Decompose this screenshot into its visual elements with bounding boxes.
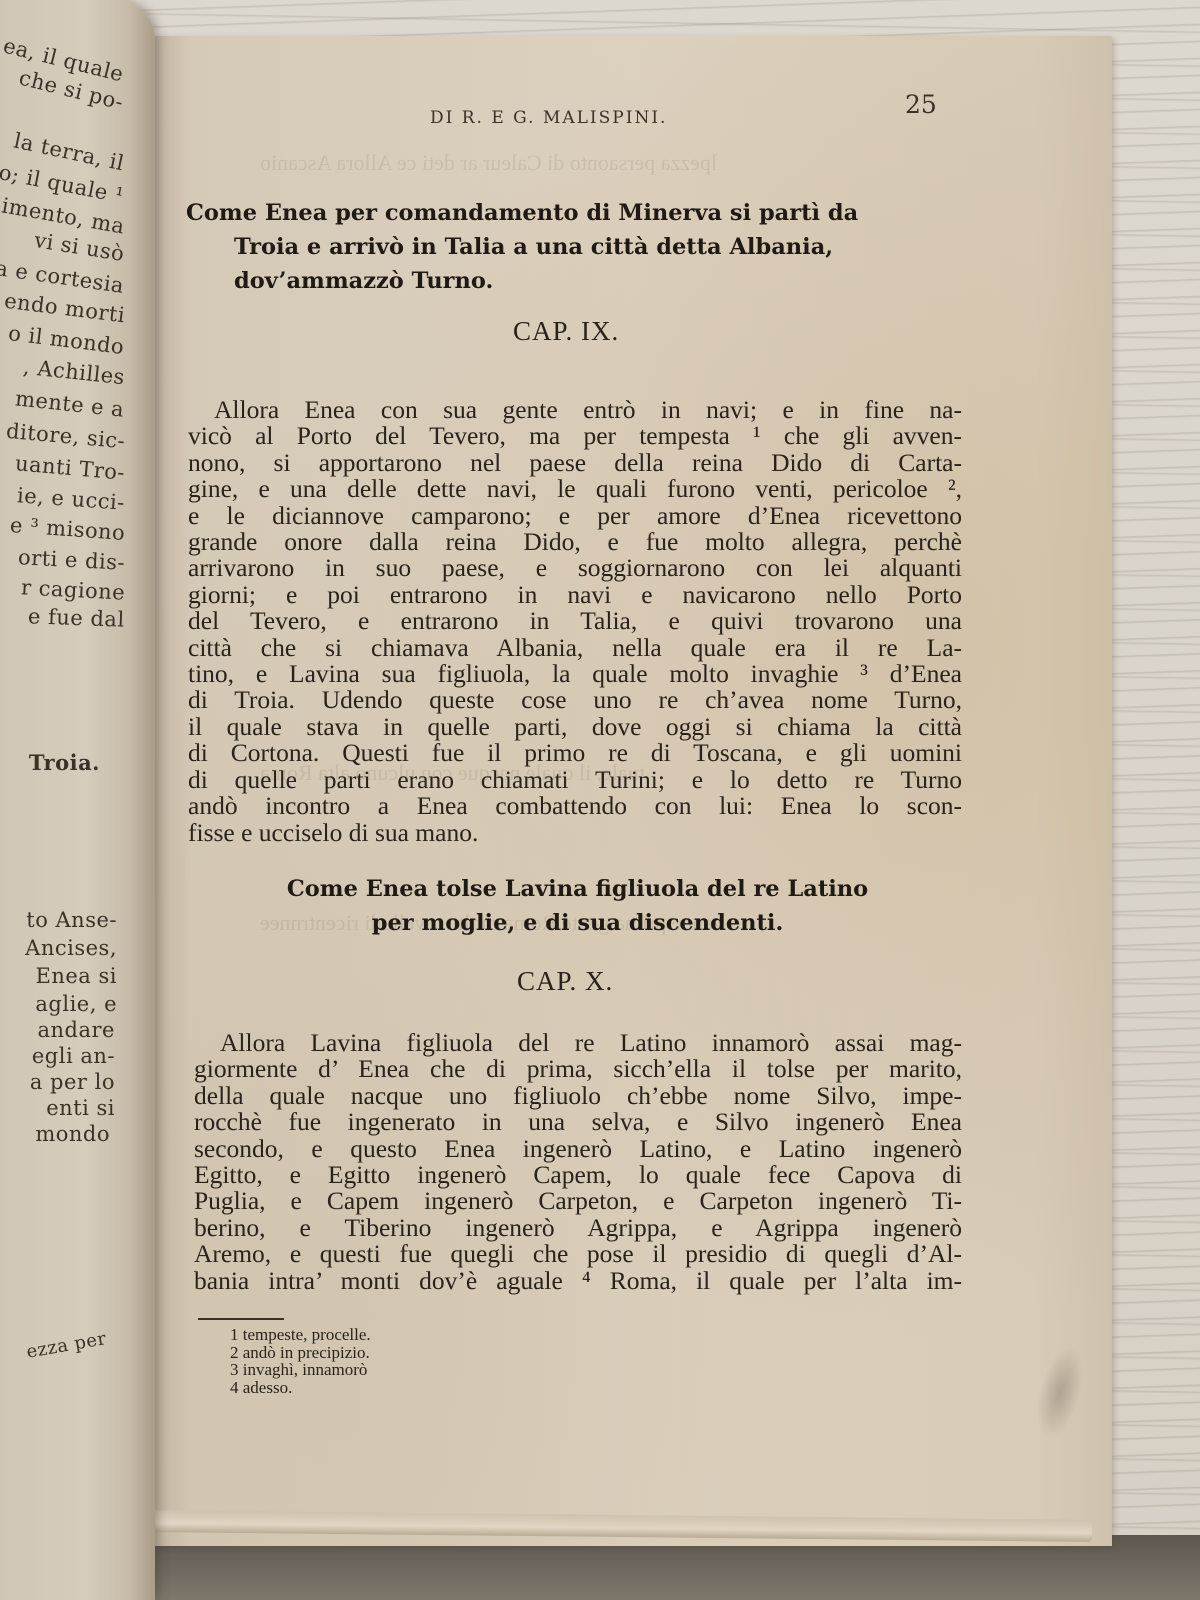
- text-line: della quale nacque uno figliuolo ch’ebbe…: [194, 1083, 962, 1109]
- text-line: gine, e una delle dette navi, le quali f…: [188, 476, 962, 502]
- text-fragment: andare: [38, 1018, 115, 1042]
- text-line: vicò al Porto del Tevero, ma per tempest…: [188, 423, 962, 449]
- text-fragment: aglie, e: [35, 992, 117, 1016]
- chapter-ix-heading: Come Enea per comandamento di Minerva si…: [186, 196, 858, 298]
- text-fragment: ie, e ucci-: [16, 483, 125, 514]
- text-line: di Troia. Udendo queste cose uno re ch’a…: [188, 687, 962, 713]
- text-line: grande onore dalla reina Dido, e fue mol…: [188, 529, 962, 555]
- text-line: arrivarono in suo paese, e soggiornarono…: [188, 555, 962, 581]
- text-line: e le diciannove camparono; e per amore d…: [188, 503, 962, 529]
- text-fragment: ezza per: [25, 1328, 108, 1363]
- left-page-text: ea, il quale che si po- la terra, il o; …: [0, 0, 155, 1600]
- text-line: tino, e Lavina sua figliuola, la quale m…: [188, 661, 962, 687]
- text-line: Aremo, e questi fue quegli che pose il p…: [194, 1241, 962, 1267]
- heading-line: Troia e arrivò in Talia a una città dett…: [186, 230, 858, 264]
- footnote: 3 invaghì, innamorò: [230, 1361, 371, 1379]
- heading-line: dov’ammazzò Turno.: [186, 264, 858, 298]
- chapter-ix-paragraph: Allora Enea con sua gente entrò in navi;…: [188, 397, 962, 846]
- footnote: 4 adesso.: [230, 1379, 371, 1397]
- text-fragment: r cagione: [20, 575, 125, 604]
- text-line: bania intra’ monti dov’è aguale ⁴ Roma, …: [194, 1268, 962, 1294]
- footnote-divider: [198, 1318, 284, 1320]
- text-fragment: Ancises,: [25, 936, 117, 960]
- text-line: Egitto, e Egitto ingenerò Capem, lo qual…: [194, 1162, 962, 1188]
- text-line: il quale stava in quelle parti, dove ogg…: [188, 714, 962, 740]
- text-line: nono, si apportarono nel paese della rei…: [188, 450, 962, 476]
- text-line: giormente d’ Enea che di prima, sicch’el…: [194, 1056, 962, 1082]
- text-fragment: o il mondo: [7, 321, 126, 359]
- footnotes: 1 tempeste, procelle. 2 andò in precipiz…: [230, 1326, 371, 1396]
- text-line: Puglia, e Capem ingenerò Carpeton, e Car…: [194, 1188, 962, 1214]
- page-number: 25: [905, 90, 937, 119]
- footnote: 2 andò in precipizio.: [230, 1344, 371, 1362]
- chapter-x-heading: Come Enea tolse Lavina figliuola del re …: [245, 872, 910, 940]
- text-fragment: to Anse-: [26, 908, 117, 932]
- chapter-ix-label: CAP. IX.: [513, 316, 619, 347]
- text-line: di quelle parti erano chiamati Turini; e…: [188, 767, 962, 793]
- text-fragment: orti e dis-: [17, 545, 125, 575]
- heading-line: per moglie, e di sua discendenti.: [245, 906, 910, 940]
- text-fragment: a per lo: [30, 1070, 115, 1094]
- heading-line: Come Enea per comandamento di Minerva si…: [186, 196, 858, 230]
- text-fragment: e ³ misono: [9, 513, 126, 545]
- text-line: rocchè fue ingenerato in una selva, e Si…: [194, 1109, 962, 1135]
- text-line: del Tevero, e entrarono in Talia, e quiv…: [188, 608, 962, 634]
- left-page: ea, il quale che si po- la terra, il o; …: [0, 0, 155, 1600]
- text-line: secondo, e questo Enea ingenerò Latino, …: [194, 1136, 962, 1162]
- text-line: di Cortona. Questi fue il primo re di To…: [188, 740, 962, 766]
- bleed-through-text: lpezza persaonto di Caleur ar deti ce Al…: [260, 150, 717, 176]
- text-line: città che si chiamava Albania, nella qua…: [188, 635, 962, 661]
- text-fragment: e fue dal: [28, 604, 125, 631]
- left-heading-fragment: Troia.: [29, 750, 100, 775]
- text-fragment: egli an-: [32, 1044, 115, 1068]
- text-line: berino, e Tiberino ingenerò Agrippa, e A…: [194, 1215, 962, 1241]
- heading-line: Come Enea tolse Lavina figliuola del re …: [245, 872, 910, 906]
- text-line: Allora Enea con sua gente entrò in navi;…: [188, 397, 962, 423]
- chapter-x-paragraph: Allora Lavina figliuola del re Latino in…: [194, 1030, 962, 1294]
- text-fragment: , Achilles: [22, 355, 126, 390]
- text-line: Allora Lavina figliuola del re Latino in…: [194, 1030, 962, 1056]
- text-line: fisse e ucciselo di sua mano.: [188, 820, 962, 846]
- text-fragment: mente e a: [15, 386, 126, 421]
- text-line: giorni; e poi entrarono in navi e navica…: [188, 582, 962, 608]
- text-fragment: Enea si: [36, 964, 117, 988]
- running-head: DI R. E G. MALISPINI.: [430, 108, 667, 128]
- chapter-x-label: CAP. X.: [517, 966, 613, 997]
- text-line: andò incontro a Enea combattendo con lui…: [188, 793, 962, 819]
- text-fragment: uanti Tro-: [14, 451, 126, 485]
- text-fragment: ditore, sic-: [5, 419, 126, 453]
- text-fragment: mondo: [35, 1122, 110, 1146]
- footnote: 1 tempeste, procelle.: [230, 1326, 371, 1344]
- text-fragment: enti si: [46, 1096, 115, 1120]
